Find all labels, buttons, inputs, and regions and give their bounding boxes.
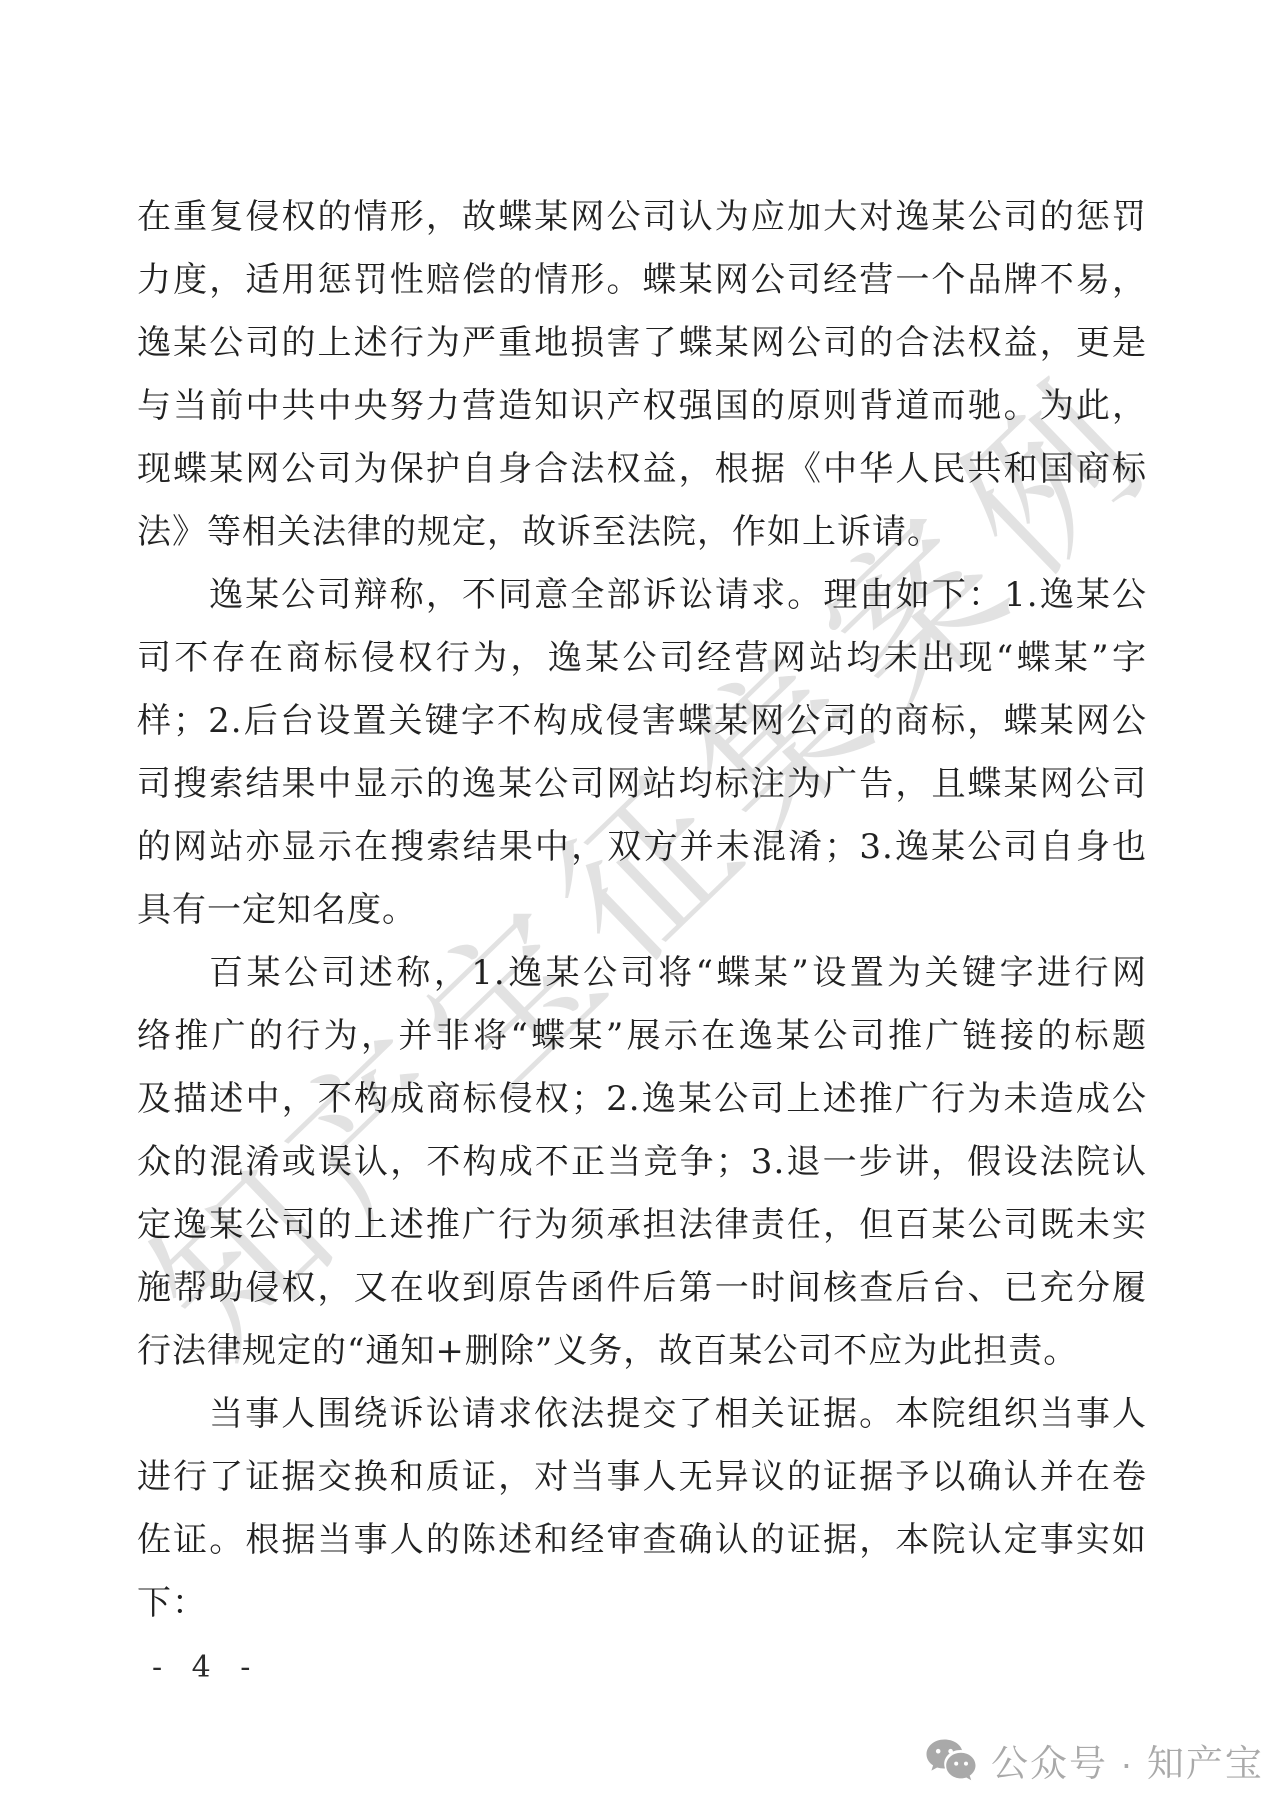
footer-label: 公众号 · 知产宝	[991, 1733, 1264, 1787]
document-line: 样；2.后台设置关键字不构成侵害蝶某网公司的商标，蝶某网公	[137, 690, 1147, 753]
document-line: 司不存在商标侵权行为，逸某公司经营网站均未出现“蝶某”字	[137, 627, 1147, 690]
document-line: 众的混淆或误认，不构成不正当竞争；3.退一步讲，假设法院认	[137, 1131, 1147, 1194]
document-line: 司搜索结果中显示的逸某公司网站均标注为广告，且蝶某网公司	[137, 753, 1147, 816]
wechat-icon	[925, 1738, 977, 1782]
document-line: 逸某公司辩称，不同意全部诉讼请求。理由如下：1.逸某公	[137, 564, 1147, 627]
document-line: 行法律规定的“通知+删除”义务，故百某公司不应为此担责。	[137, 1320, 1147, 1383]
document-line: 在重复侵权的情形，故蝶某网公司认为应加大对逸某公司的惩罚	[137, 186, 1147, 249]
document-line: 现蝶某网公司为保护自身合法权益，根据《中华人民共和国商标	[137, 438, 1147, 501]
document-line: 与当前中共中央努力营造知识产权强国的原则背道而驰。为此，	[137, 375, 1147, 438]
document-line: 具有一定知名度。	[137, 879, 1147, 942]
document-line: 定逸某公司的上述推广行为须承担法律责任，但百某公司既未实	[137, 1194, 1147, 1257]
court-document-page: 知产宝征集案例 在重复侵权的情形，故蝶某网公司认为应加大对逸某公司的惩罚力度，适…	[0, 0, 1280, 1809]
document-line: 力度，适用惩罚性赔偿的情形。蝶某网公司经营一个品牌不易，	[137, 249, 1147, 312]
document-line: 下：	[137, 1572, 1147, 1635]
document-line: 百某公司述称，1.逸某公司将“蝶某”设置为关键字进行网	[137, 942, 1147, 1005]
document-line: 逸某公司的上述行为严重地损害了蝶某网公司的合法权益，更是	[137, 312, 1147, 375]
document-line: 当事人围绕诉讼请求依法提交了相关证据。本院组织当事人	[137, 1383, 1147, 1446]
document-line: 佐证。根据当事人的陈述和经审查确认的证据，本院认定事实如	[137, 1509, 1147, 1572]
footer-badge: 公众号 · 知产宝	[925, 1733, 1264, 1787]
document-line: 的网站亦显示在搜索结果中，双方并未混淆；3.逸某公司自身也	[137, 816, 1147, 879]
document-line: 络推广的行为，并非将“蝶某”展示在逸某公司推广链接的标题	[137, 1005, 1147, 1068]
document-line: 法》等相关法律的规定，故诉至法院，作如上诉请。	[137, 501, 1147, 564]
document-line: 施帮助侵权，又在收到原告函件后第一时间核查后台、已充分履	[137, 1257, 1147, 1320]
document-line: 进行了证据交换和质证，对当事人无异议的证据予以确认并在卷	[137, 1446, 1147, 1509]
document-lines: 在重复侵权的情形，故蝶某网公司认为应加大对逸某公司的惩罚力度，适用惩罚性赔偿的情…	[137, 186, 1147, 1635]
page-number: - 4 -	[152, 1650, 260, 1685]
document-line: 及描述中，不构成商标侵权；2.逸某公司上述推广行为未造成公	[137, 1068, 1147, 1131]
